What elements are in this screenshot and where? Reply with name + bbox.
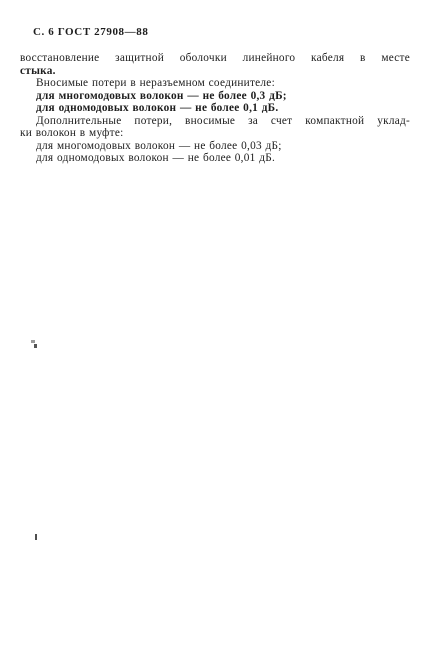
ink-speck [34,344,37,348]
body-line-5: для одномодовых волокон — не более 0,1 д… [20,102,410,115]
body-text-block: восстановление защитной оболочки линейно… [20,52,410,165]
body-line-1: восстановление защитной оболочки линейно… [20,52,410,65]
body-line-8: для многомодовых волокон — не более 0,03… [20,140,410,153]
body-line-7: ки волокон в муфте: [20,127,410,140]
ink-speck [35,534,37,540]
page-header-gost-number: С. 6 ГОСТ 27908—88 [33,26,148,38]
ink-speck [31,340,35,343]
body-line-3: Вносимые потери в неразъемном соединител… [20,77,410,90]
body-line-4: для многомодовых волокон — не более 0,3 … [20,90,410,103]
body-line-6: Дополнительные потери, вносимые за счет … [20,115,410,128]
body-line-9: для одномодовых волокон — не более 0,01 … [20,152,410,165]
body-line-2: стыка. [20,65,410,78]
scanned-document-page: С. 6 ГОСТ 27908—88 восстановление защитн… [0,0,427,648]
